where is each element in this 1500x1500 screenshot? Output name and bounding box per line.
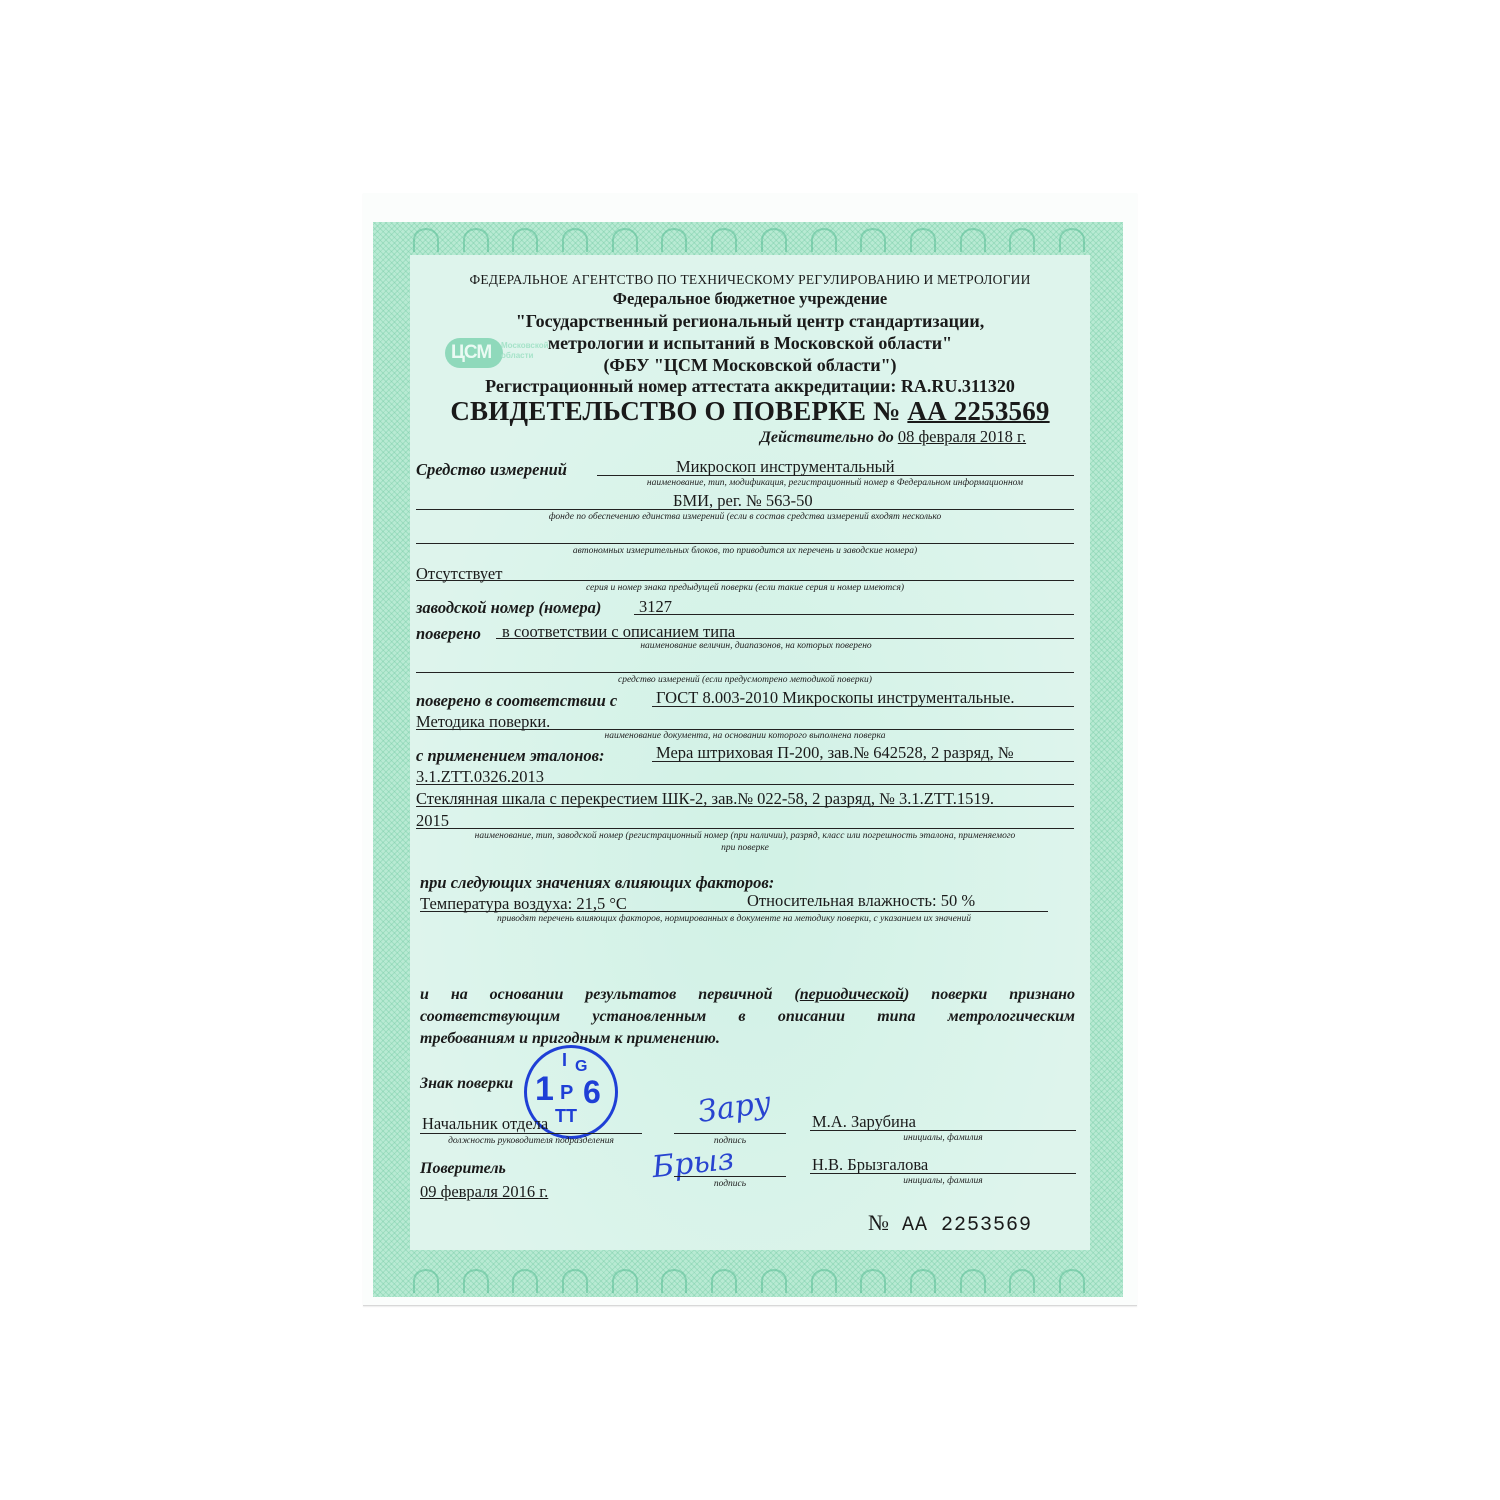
verifier-name: Н.В. Брызгалова [812,1155,928,1175]
conclusion-line-1: и на основании результатов первичной (пе… [420,986,1075,1004]
institution-abbreviation: (ФБУ "ЦСМ Московской области") [410,355,1090,376]
verifier-signature-caption: подпись [674,1179,786,1189]
method-caption: наименование документа, на основании кот… [416,731,1074,741]
previous-mark-caption: серия и номер знака предыдущей поверки (… [416,583,1074,593]
conclusion-line-2: соответствующим установленным в описании… [420,1008,1075,1026]
verification-date: 09 февраля 2016 г. [420,1182,548,1202]
head-position: Начальник отдела [422,1114,548,1134]
method-value-1: ГОСТ 8.003-2010 Микроскопы инструменталь… [656,688,1014,708]
valid-until-date: 08 февраля 2018 г. [898,427,1026,446]
valid-until: Действительно до 08 февраля 2018 г. [760,427,1026,447]
frame-ornament-bottom [403,1263,1093,1297]
verified-label: поверено [416,624,481,644]
previous-mark-value: Отсутствует [416,564,502,584]
verifier-label: Поверитель [420,1160,506,1178]
accreditation-number: Регистрационный номер аттестата аккредит… [410,376,1090,397]
verified-caption-2: средство измерений (если предусмотрено м… [416,675,1074,685]
head-position-caption: должность руководителя подразделения [420,1136,642,1146]
instrument-label: Средство измерений [416,460,567,480]
certificate-number: АА 2253569 [907,396,1049,426]
method-label: поверено в соответствии с [416,691,617,711]
verification-mark-label: Знак поверки [420,1075,513,1093]
standards-label: с применением эталонов: [416,746,605,766]
periodic-underlined: периодической [800,986,904,1003]
standards-caption-1: наименование, тип, заводской номер (реги… [416,831,1074,841]
instrument-caption-1: наименование, тип, модификация, регистра… [590,478,1080,488]
instrument-value: Микроскоп инструментальный [676,457,895,477]
head-name-caption: инициалы, фамилия [810,1133,1076,1143]
standards-value-1: Мера штриховая П-200, зав.№ 642528, 2 ра… [656,743,1014,763]
certificate-title: СВИДЕТЕЛЬСТВО О ПОВЕРКЕ № АА 2253569 [410,396,1090,427]
standards-caption-2: при поверке [416,843,1074,853]
verifier-name-caption: инициалы, фамилия [810,1176,1076,1186]
instrument-value-2: БМИ, рег. № 563-50 [673,491,813,511]
institution-type: Федеральное бюджетное учреждение [410,289,1090,309]
blank-serial-number: № АА 2253569 [868,1210,1032,1237]
agency-name: ФЕДЕРАЛЬНОЕ АГЕНТСТВО ПО ТЕХНИЧЕСКОМУ РЕ… [410,272,1090,288]
institution-name-line2: метрологии и испытаний в Московской обла… [410,333,1090,354]
instrument-caption-3: автономных измерительных блоков, то прив… [416,546,1074,556]
instrument-caption-2: фонде по обеспечению единства измерений … [416,512,1074,522]
factors-label: при следующих значениях влияющих факторо… [420,873,774,893]
serial-number-label: заводской номер (номера) [416,598,601,618]
factors-caption: приводят перечень влияющих факторов, нор… [420,914,1048,924]
humidity-value: Относительная влажность: 50 % [747,891,975,911]
frame-ornament-top [403,222,1093,256]
verified-value: в соответствии с описанием типа [502,622,735,642]
institution-name-line1: "Государственный региональный центр стан… [410,311,1090,332]
verified-caption-1: наименование величин, диапазонов, на кот… [496,641,1016,651]
head-name: М.А. Зарубина [812,1112,916,1132]
